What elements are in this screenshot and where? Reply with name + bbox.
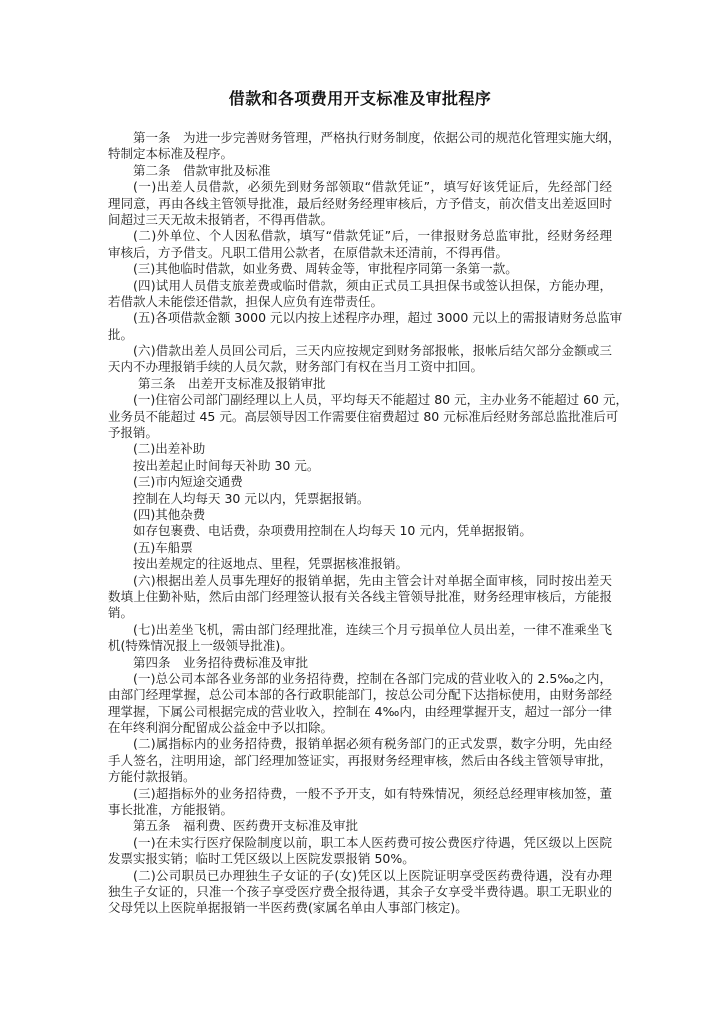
article-4-clause-1: (一)总公司本部各业务部的业务招待费，控制在各部门完成的营业收入的 2.5‰之内…: [108, 671, 612, 737]
document-title: 借款和各项费用开支标准及审批程序: [0, 90, 720, 108]
text-line: (六)根据出差人员事先理好的报销单据，先由主管会计对单据全面审核，同时按出差天: [108, 573, 612, 589]
text-line: 如存包裹费、电话费，杂项费用控制在人均每天 10 元内，凭单据报销。: [108, 523, 612, 539]
article-2-clause-2: (二)外单位、个人因私借款，填写“借款凭证”后，一律报财务总监审批，经财务经理 …: [108, 228, 612, 261]
article-2-clause-4: (四)试用人员借支旅差费或临时借款，须由正式员工具担保书或签认担保，方能办理， …: [108, 278, 612, 311]
section-heading: 第四条 业务招待费标准及审批: [108, 655, 612, 671]
text-line: 审核后，方予借支。凡职工借用公款者，在原借款未还清前，不得再借。: [108, 245, 612, 261]
article-3-clause-5-body: 按出差规定的往返地点、里程，凭票据核准报销。: [108, 556, 612, 572]
section-heading: 第三条 出差开支标准及报销审批: [108, 376, 612, 392]
text-line: (四)试用人员借支旅差费或临时借款，须由正式员工具担保书或签认担保，方能办理，: [108, 278, 612, 294]
text-line: 批。: [108, 327, 612, 343]
text-line: 由部门经理掌握，总公司本部的各行政职能部门，按总公司分配下达指标使用，由财务部经: [108, 687, 612, 703]
text-line: 发票实报实销；临时工凭区级以上医院发票报销 50%。: [108, 851, 612, 867]
text-line: 特制定本标准及程序。: [108, 146, 612, 162]
text-line: 事长批准，方能报销。: [108, 802, 612, 818]
text-line: (六)借款出差人员回公司后，三天内应按规定到财务部报帐，报帐后结欠部分金额或三: [108, 343, 612, 359]
article-3-clause-3-body: 控制在人均每天 30 元以内，凭票据报销。: [108, 491, 612, 507]
article-3-clause-2-heading: (二)出差补助: [108, 441, 612, 457]
article-2-clause-3: (三)其他临时借款，如业务费、周转金等，审批程序同第一条第一款。: [108, 261, 612, 277]
article-4-clause-2: (二)属指标内的业务招待费，报销单据必须有税务部门的正式发票，数字分明，先由经 …: [108, 736, 612, 785]
text-line: (二)外单位、个人因私借款，填写“借款凭证”后，一律报财务总监审批，经财务经理: [108, 228, 612, 244]
text-line: 在年终利润分配留成公益金中予以扣除。: [108, 720, 612, 736]
text-line: (五)各项借款金额 3000 元以内按上述程序办理，超过 3000 元以上的需报…: [108, 310, 612, 326]
text-line: 理掌握，下属公司根据完成的营业收入，控制在 4‰内，由经理掌握开支，超过一部分一…: [108, 704, 612, 720]
article-3-clause-7: (七)出差坐飞机，需由部门经理批准，连续三个月亏损单位人员出差，一律不准乘坐飞 …: [108, 622, 612, 655]
text-line: (三)市内短途交通费: [108, 474, 612, 490]
text-line: 控制在人均每天 30 元以内，凭票据报销。: [108, 491, 612, 507]
article-3-clause-1: (一)住宿公司部门副经理以上人员，平均每天不能超过 80 元，主办业务不能超过 …: [108, 392, 612, 441]
article-3-clause-3-heading: (三)市内短途交通费: [108, 474, 612, 490]
article-1-paragraph: 第一条 为进一步完善财务管理，严格执行财务制度，依据公司的规范化管理实施大纲， …: [108, 130, 612, 163]
article-3-heading: 第三条 出差开支标准及报销审批: [108, 376, 612, 392]
article-2-clause-5: (五)各项借款金额 3000 元以内按上述程序办理，超过 3000 元以上的需报…: [108, 310, 612, 343]
article-2-clause-1: (一)出差人员借款，必须先到财务部领取“借款凭证”，填写好该凭证后，先经部门经 …: [108, 179, 612, 228]
text-line: 天内不办理报销手续的人员欠款，财务部门有权在当月工资中扣回。: [108, 359, 612, 375]
document-body: 第一条 为进一步完善财务管理，严格执行财务制度，依据公司的规范化管理实施大纲， …: [108, 130, 612, 917]
article-5-clause-1: (一)在未实行医疗保险制度以前，职工本人医药费可按公费医疗待遇，凭区级以上医院 …: [108, 835, 612, 868]
text-line: 若借款人未能偿还借款，担保人应负有连带责任。: [108, 294, 612, 310]
text-line: 理同意，再由各线主管领导批准，最后经财务经理审核后，方予借支，前次借支出差返回时: [108, 196, 612, 212]
document-page: 借款和各项费用开支标准及审批程序 第一条 为进一步完善财务管理，严格执行财务制度…: [0, 0, 720, 1017]
text-line: (一)在未实行医疗保险制度以前，职工本人医药费可按公费医疗待遇，凭区级以上医院: [108, 835, 612, 851]
text-line: (三)其他临时借款，如业务费、周转金等，审批程序同第一条第一款。: [108, 261, 612, 277]
text-line: 手人签名，注明用途，部门经理加签证实，再报财务经理审核，然后由各线主管领导审批，: [108, 753, 612, 769]
text-line: (七)出差坐飞机，需由部门经理批准，连续三个月亏损单位人员出差，一律不准乘坐飞: [108, 622, 612, 638]
section-heading: 第二条 借款审批及标准: [108, 163, 612, 179]
article-3-clause-2-body: 按出差起止时间每天补助 30 元。: [108, 458, 612, 474]
text-line: 机(特殊情况报上一级领导批准)。: [108, 638, 612, 654]
text-line: (四)其他杂费: [108, 507, 612, 523]
text-line: (二)公司职员已办理独生子女证的子(女)凭区以上医院证明享受医药费待遇，没有办理: [108, 868, 612, 884]
text-line: 间超过三天无故未报销者，不得再借款。: [108, 212, 612, 228]
text-line: (一)住宿公司部门副经理以上人员，平均每天不能超过 80 元，主办业务不能超过 …: [108, 392, 612, 408]
text-line: 第一条 为进一步完善财务管理，严格执行财务制度，依据公司的规范化管理实施大纲，: [108, 130, 612, 146]
section-heading: 第五条 福利费、医药费开支标准及审批: [108, 818, 612, 834]
text-line: (二)出差补助: [108, 441, 612, 457]
article-2-clause-6: (六)借款出差人员回公司后，三天内应按规定到财务部报帐，报帐后结欠部分金额或三 …: [108, 343, 612, 376]
text-line: (一)总公司本部各业务部的业务招待费，控制在各部门完成的营业收入的 2.5‰之内…: [108, 671, 612, 687]
article-4-clause-3: (三)超指标外的业务招待费，一般不予开支，如有特殊情况，须经总经理审核加签，董 …: [108, 786, 612, 819]
text-line: (二)属指标内的业务招待费，报销单据必须有税务部门的正式发票，数字分明，先由经: [108, 736, 612, 752]
article-4-heading: 第四条 业务招待费标准及审批: [108, 655, 612, 671]
text-line: 方能付款报销。: [108, 769, 612, 785]
article-3-clause-6: (六)根据出差人员事先理好的报销单据，先由主管会计对单据全面审核，同时按出差天 …: [108, 573, 612, 622]
article-2-heading: 第二条 借款审批及标准: [108, 163, 612, 179]
text-line: 销。: [108, 605, 612, 621]
text-line: (五)车船票: [108, 540, 612, 556]
article-3-clause-5-heading: (五)车船票: [108, 540, 612, 556]
article-3-clause-4-body: 如存包裹费、电话费，杂项费用控制在人均每天 10 元内，凭单据报销。: [108, 523, 612, 539]
text-line: (三)超指标外的业务招待费，一般不予开支，如有特殊情况，须经总经理审核加签，董: [108, 786, 612, 802]
article-5-clause-2: (二)公司职员已办理独生子女证的子(女)凭区以上医院证明享受医药费待遇，没有办理…: [108, 868, 612, 917]
text-line: 数填上住勤补贴，然后由部门经理签认报有关各线主管领导批准，财务经理审核后，方能报: [108, 589, 612, 605]
text-line: 按出差起止时间每天补助 30 元。: [108, 458, 612, 474]
text-line: 按出差规定的往返地点、里程，凭票据核准报销。: [108, 556, 612, 572]
text-line: (一)出差人员借款，必须先到财务部领取“借款凭证”，填写好该凭证后，先经部门经: [108, 179, 612, 195]
article-3-clause-4-heading: (四)其他杂费: [108, 507, 612, 523]
text-line: 业务员不能超过 45 元。高层领导因工作需要住宿费超过 80 元标准后经财务部总…: [108, 409, 612, 425]
text-line: 予报销。: [108, 425, 612, 441]
text-line: 父母凭以上医院单据报销一半医药费(家属名单由人事部门核定)。: [108, 900, 612, 916]
article-5-heading: 第五条 福利费、医药费开支标准及审批: [108, 818, 612, 834]
text-line: 独生子女证的，只准一个孩子享受医疗费全报待遇，其余子女享受半费待遇。职工无职业的: [108, 884, 612, 900]
